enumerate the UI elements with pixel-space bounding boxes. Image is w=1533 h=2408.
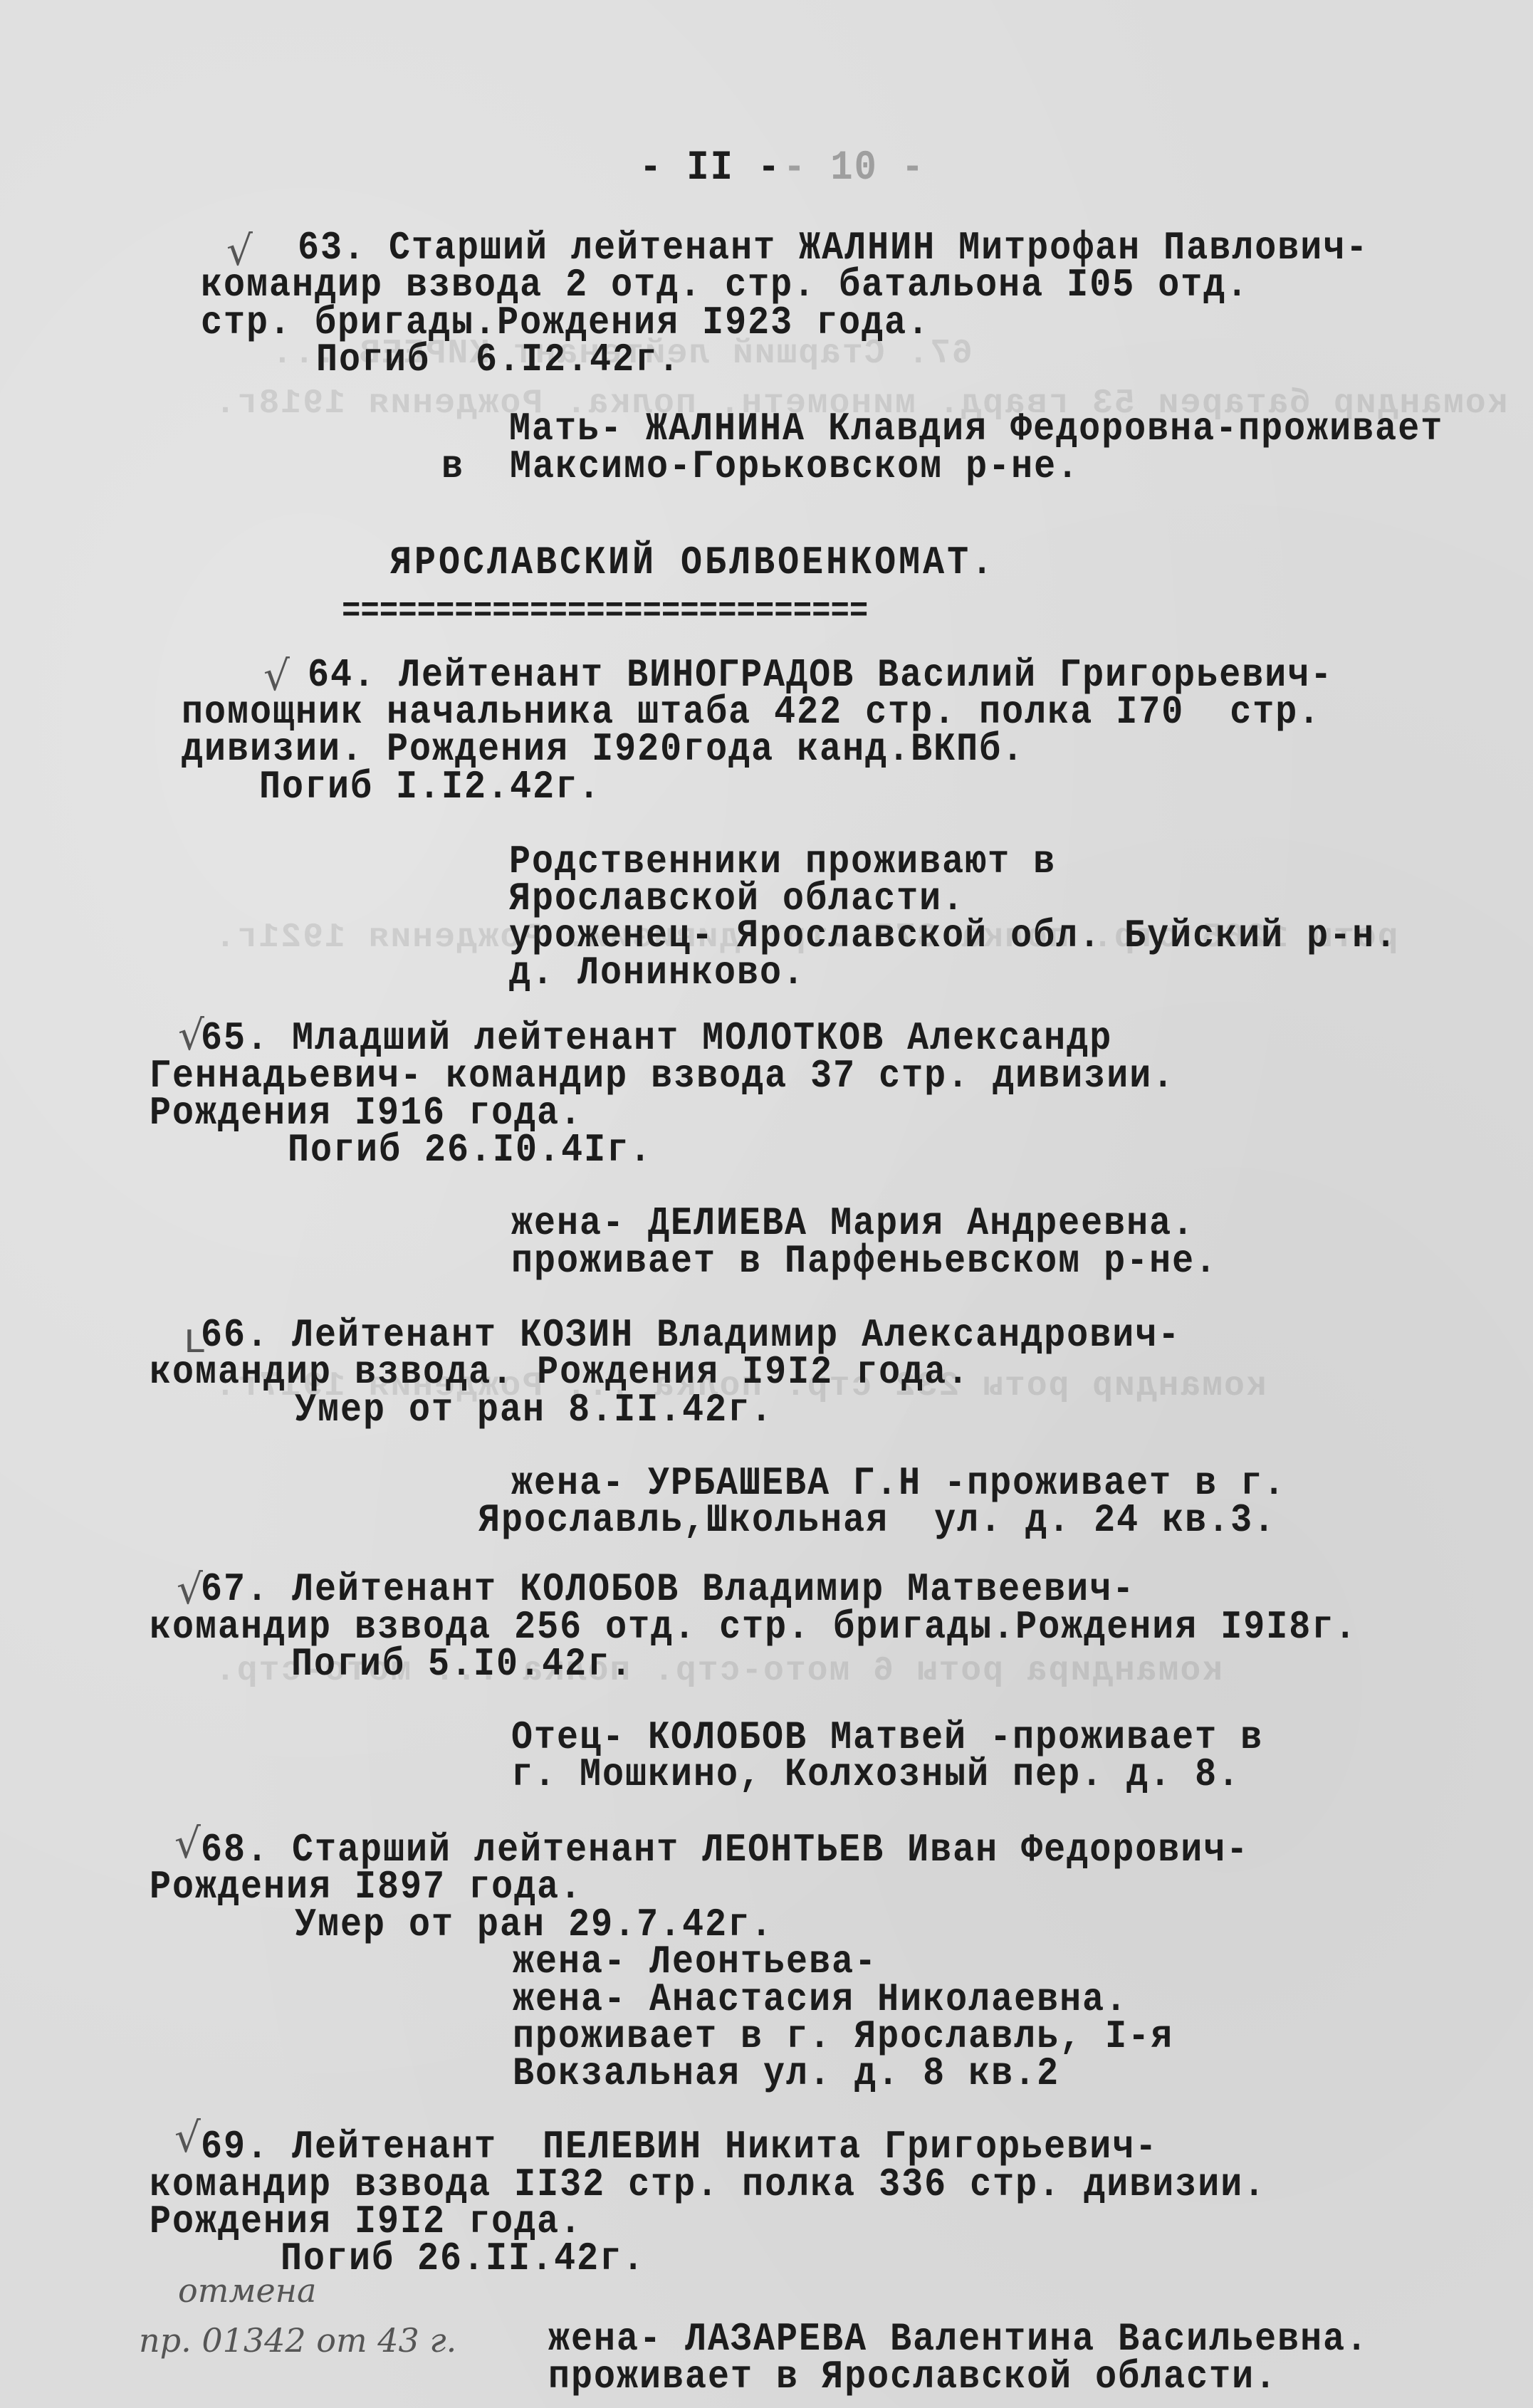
entry-64-line-4: Погиб I.I2.42г. [214,765,601,810]
entry-64-relative-4: д. Лонинково. [509,951,805,996]
entry-68-relative-4: Вокзальная ул. д. 8 кв.2 [513,2052,1060,2097]
entry-67-line-3: Погиб 5.I0.42г. [246,1643,633,1687]
page-number-faint: - 10 - [783,146,925,191]
entry-63-relative-2: в Максимо-Горьковском р-не. [441,445,1079,490]
entry-65-line-4: Погиб 26.I0.4Iг. [242,1129,652,1173]
page-number: - II - [639,146,781,191]
check-mark-icon: √ [174,2113,201,2162]
handwritten-note-line-2: пр. 01342 от 43 г. [139,2321,456,2360]
entry-63-line-4: Погиб 6.I2.42г. [271,338,681,383]
handwritten-note-line-1: отмена [178,2271,316,2310]
check-mark-icon: √ [174,1819,201,1868]
section-underline: ============================ [342,590,868,634]
entry-66-relative-2: Ярославль,Школьная ул. д. 24 кв.3. [478,1499,1276,1544]
entry-66-line-3: Умер от ран 8.II.42г. [249,1388,773,1433]
section-header: ЯРОСЛАВСКИЙ ОБЛВОЕНКОМАТ. [390,541,995,586]
archival-document-page: 67. Старший лейтенант КИРЕЕВ ... команди… [0,0,1533,2408]
entry-67-relative-2: г. Мошкино, Колхозный пер. д. 8. [511,1753,1240,1798]
entry-69-relative-2: проживает в Ярославской области. [548,2355,1277,2400]
entry-65-relative-2: проживает в Парфеньевском р-не. [511,1240,1218,1284]
